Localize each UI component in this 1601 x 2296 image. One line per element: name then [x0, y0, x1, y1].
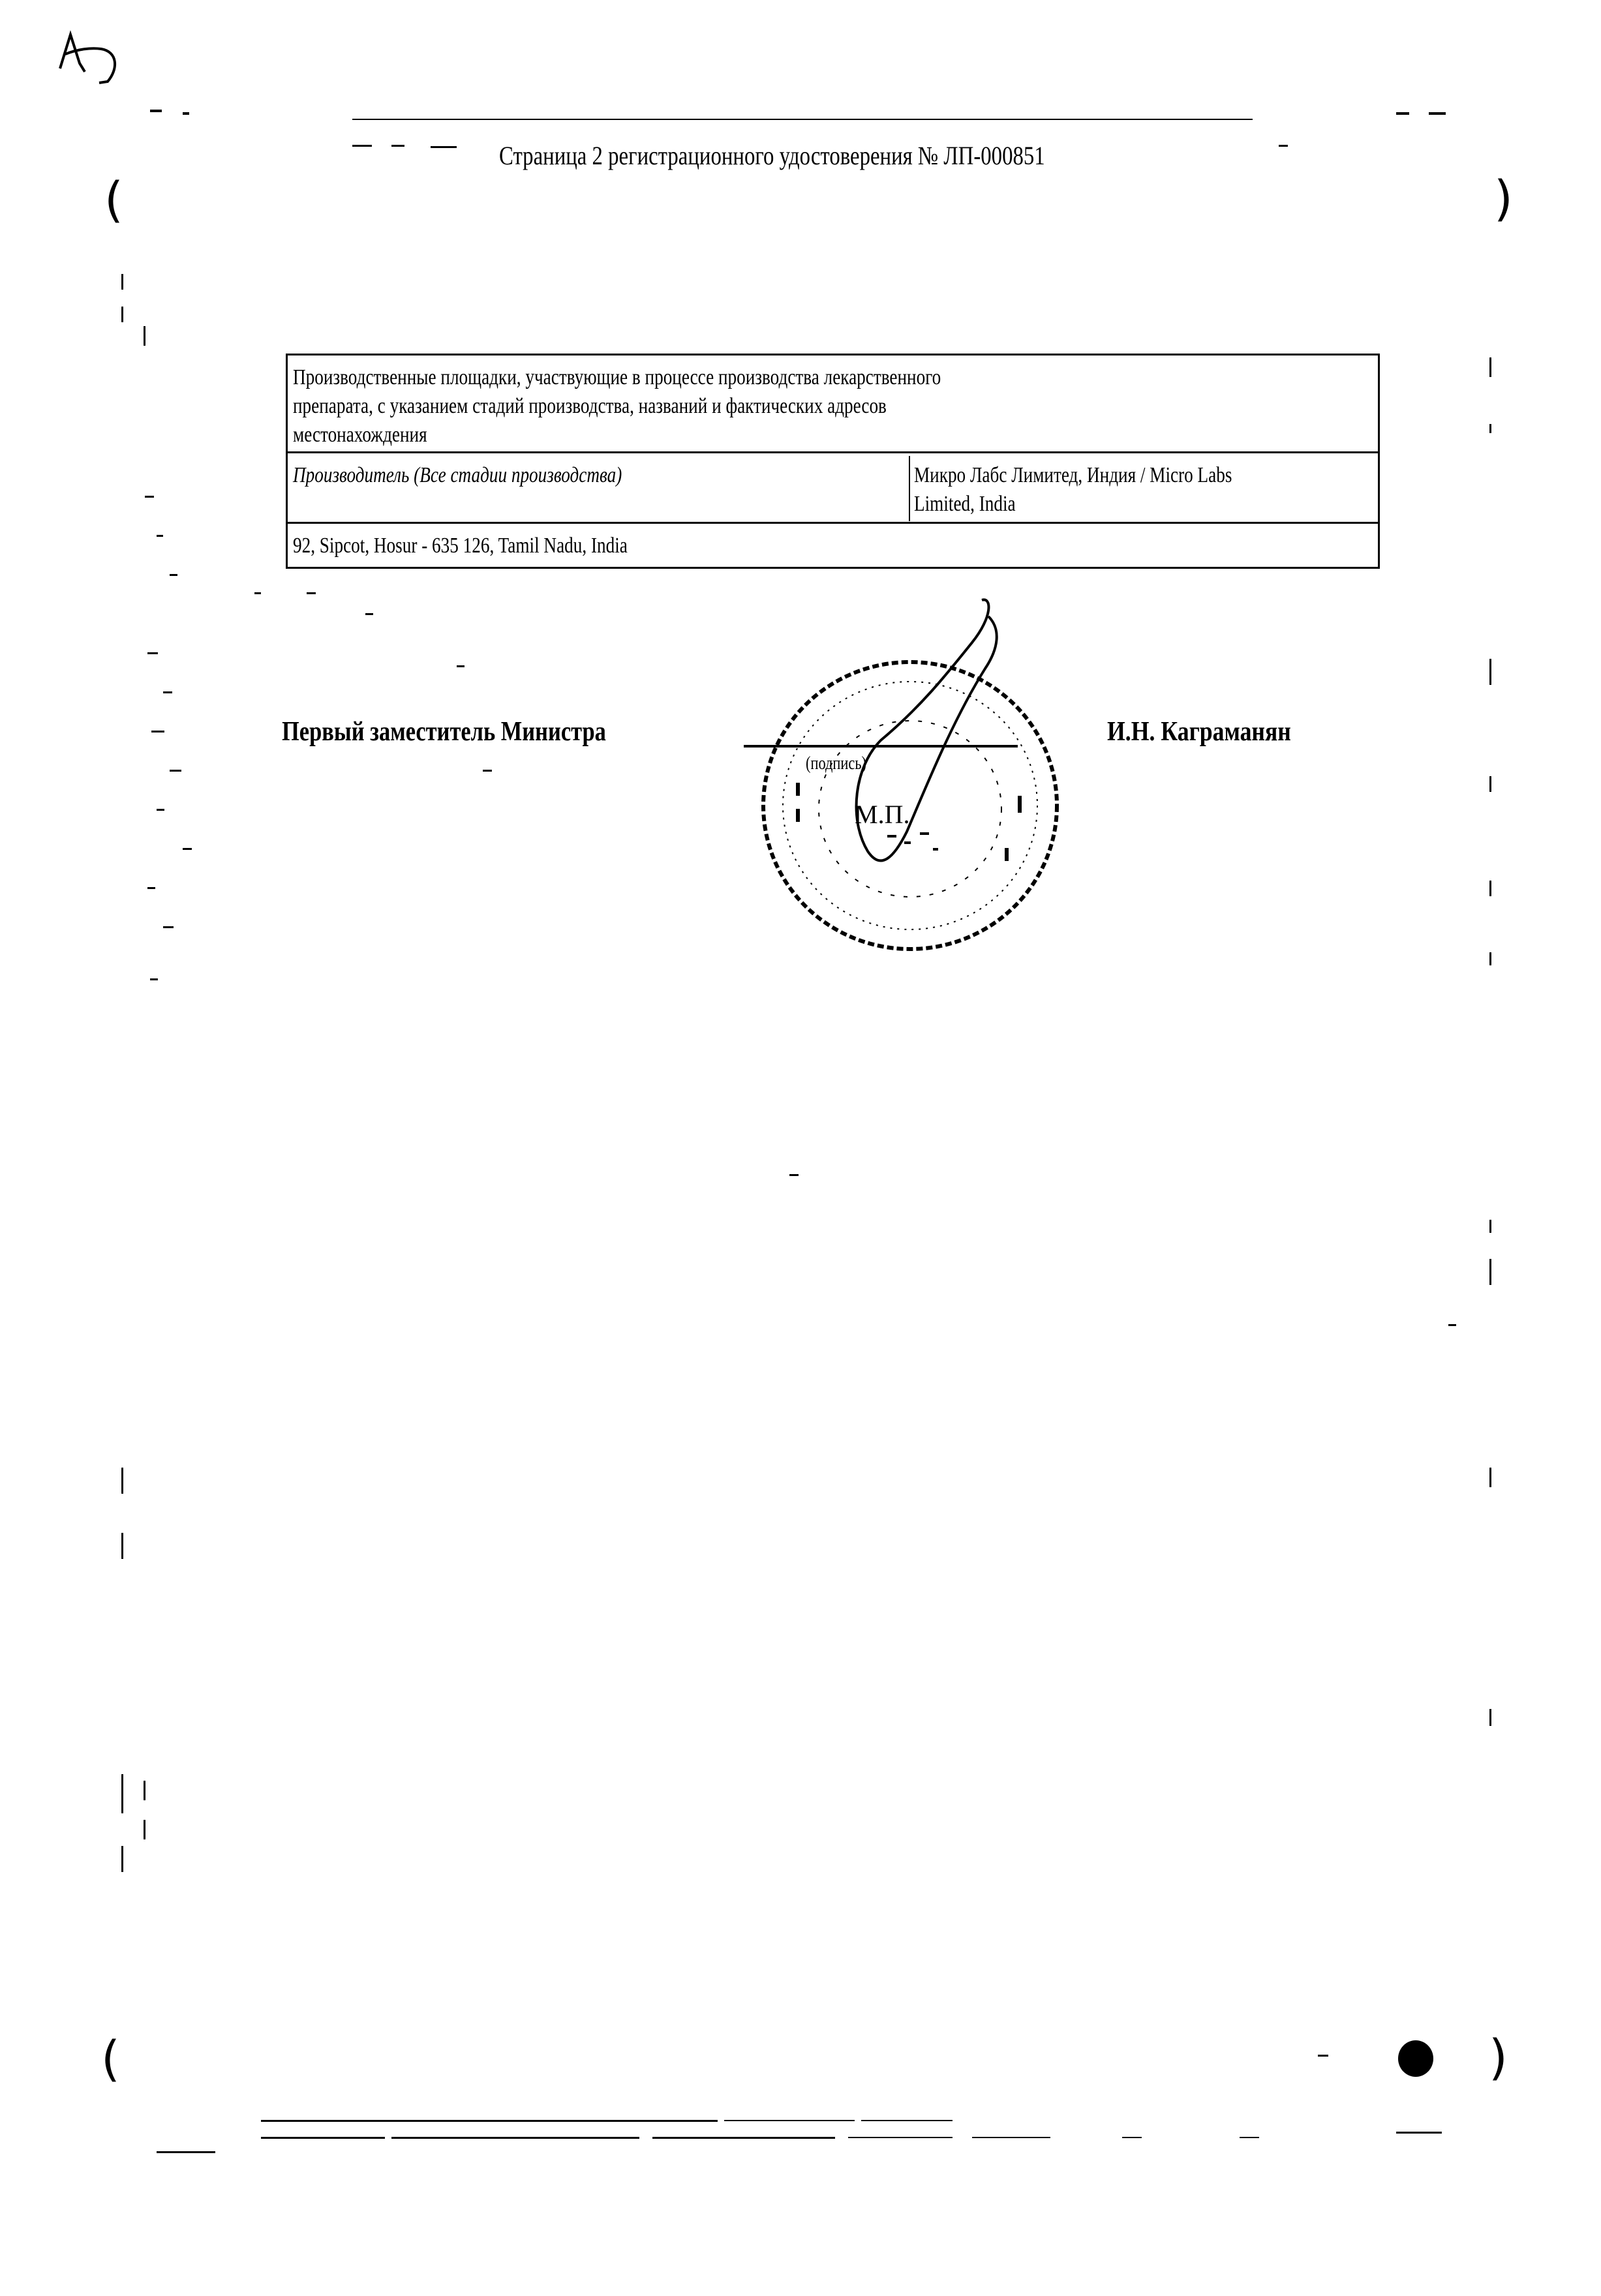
manufacturer-name-line-2: Limited, India — [914, 490, 1232, 519]
table-heading-line-2: препарата, с указанием стадий производст… — [293, 392, 941, 421]
handwritten-signature — [842, 590, 1011, 903]
page-header: Страница 2 регистрационного удостоверени… — [499, 140, 1045, 171]
handwritten-initials-mark — [52, 29, 124, 88]
corner-bracket-top-right: ) — [1494, 175, 1513, 223]
signer-title: Первый заместитель Министра — [282, 716, 606, 748]
black-dot-mark — [1398, 2040, 1433, 2077]
corner-bracket-top-left: ( — [104, 176, 123, 224]
corner-bracket-bottom-left: ( — [101, 2035, 120, 2083]
manufacturer-address: 92, Sipcot, Hosur - 635 126, Tamil Nadu,… — [293, 532, 628, 560]
signer-name: И.Н. Каграманян — [1107, 716, 1291, 748]
table-row-manufacturer: Производитель (Все стадии производства) … — [288, 453, 1378, 524]
table-heading-row: Производственные площадки, участвующие в… — [288, 355, 1378, 453]
table-row-address: 92, Sipcot, Hosur - 635 126, Tamil Nadu,… — [288, 524, 1378, 569]
manufacturer-label: Производитель (Все стадии производства) — [293, 461, 622, 490]
table-heading: Производственные площадки, участвующие в… — [293, 363, 941, 449]
table-heading-line-1: Производственные площадки, участвующие в… — [293, 363, 941, 392]
manufacturer-name-line-1: Микро Лабс Лимитед, Индия / Micro Labs — [914, 461, 1232, 490]
table-heading-line-3: местонахождения — [293, 421, 941, 449]
manufacturer-name: Микро Лабс Лимитед, Индия / Micro Labs L… — [914, 461, 1232, 519]
manufacturing-sites-table: Производственные площадки, участвующие в… — [286, 354, 1380, 569]
column-divider — [909, 456, 910, 521]
corner-bracket-bottom-right: ) — [1489, 2034, 1508, 2082]
scan-artifacts — [0, 0, 1601, 2296]
